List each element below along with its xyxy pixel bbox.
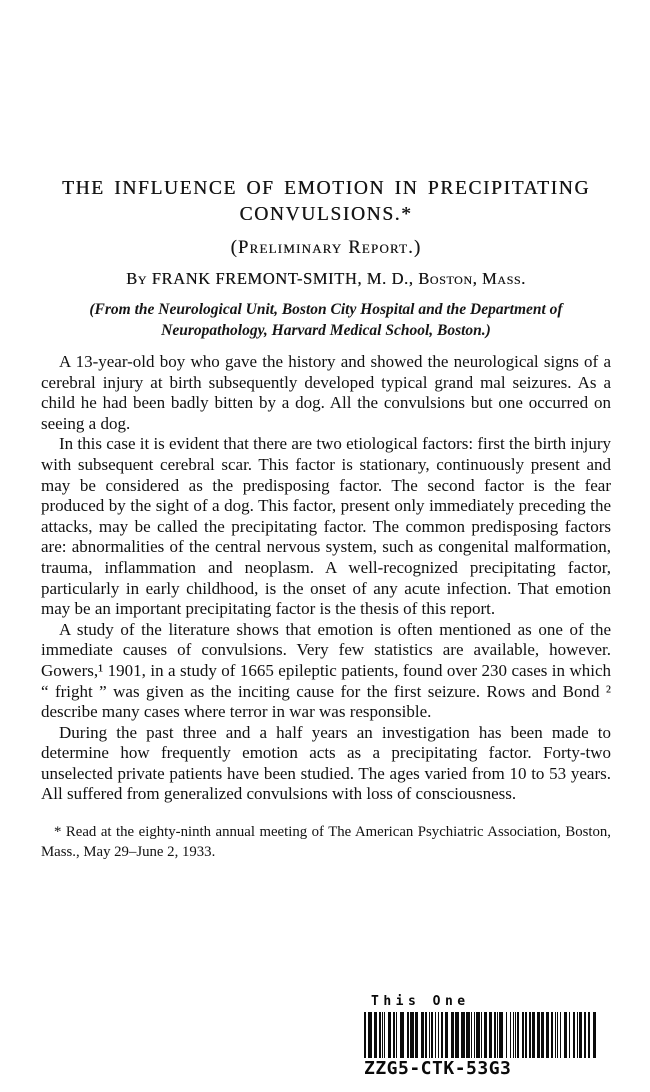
barcode-icon [364, 1012, 600, 1058]
paragraph-4: During the past three and a half years a… [41, 723, 611, 805]
article-content: THE INFLUENCE OF EMOTION IN PRECIPITATIN… [41, 176, 611, 862]
library-stamp: This One ZZG5-CTK-53G3 [364, 994, 604, 1079]
article-subtitle: (Preliminary Report.) [41, 236, 611, 260]
paragraph-2: In this case it is evident that there ar… [41, 434, 611, 619]
paragraph-3: A study of the literature shows that emo… [41, 620, 611, 723]
article-title: THE INFLUENCE OF EMOTION IN PRECIPITATIN… [41, 176, 611, 228]
stamp-label: This One [371, 994, 604, 1009]
article-byline: By FRANK FREMONT-SMITH, M. D., Boston, M… [41, 267, 611, 290]
paragraph-1: A 13-year-old boy who gave the history a… [41, 352, 611, 434]
footnote: * Read at the eighty-ninth annual meetin… [41, 822, 611, 862]
article-affiliation: (From the Neurological Unit, Boston City… [41, 299, 611, 341]
journal-page: THE INFLUENCE OF EMOTION IN PRECIPITATIN… [0, 0, 650, 1092]
barcode-code: ZZG5-CTK-53G3 [364, 1058, 604, 1079]
